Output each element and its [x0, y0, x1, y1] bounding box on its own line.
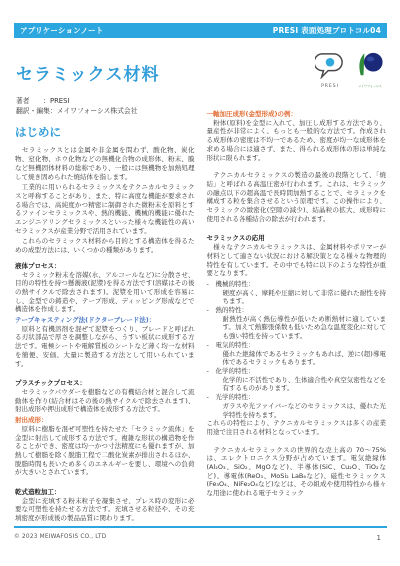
property-title: 熱的特性：	[216, 306, 387, 315]
spacer	[15, 479, 195, 486]
property-item-optical: - 光学的特性： ガラスや光ファイバーなどのセラミックスは、優れた光学特性を持ち…	[207, 393, 387, 419]
page-title: セラミックス材料	[16, 60, 160, 85]
paragraph: 原料と有機溶剤を混ぜて泥漿をつくり、ブレードと呼ばれる刃状部品で厚さを調整しなが…	[15, 325, 195, 369]
paragraph: セラミックスとは金属や非金属を問わず、酸化物、炭化物、窒化物、ホウ化物などの無機…	[15, 146, 195, 181]
property-body: 耐熱性が高く熱伝導性が低いため断熱材に適しています。加えて熱膨張係数も低いため急…	[216, 315, 387, 341]
presi-logo-icon	[315, 52, 345, 83]
property-item-mechanical: - 機械的特性： 硬度が高く、摩耗や圧縮に対して非常に優れた耐性を持ちます。	[207, 280, 387, 306]
property-item-thermal: - 熱的特性： 耐熱性が高く熱伝導性が低いため断熱材に適しています。加えて熱膨張…	[207, 306, 387, 341]
paragraph: 工業的に用いられるセラミックスをテクニカルセラミックスと呼称することがあり、また…	[15, 183, 195, 235]
subheading-ceramics-applications: セラミックスの応用	[207, 234, 387, 243]
property-title: 電気的特性：	[216, 341, 387, 350]
header-doc-type-label: アプリケーションノート	[20, 25, 103, 36]
property-body: ガラスや光ファイバーなどのセラミックスは、優れた光学特性を持ちます。	[216, 402, 387, 419]
body-columns: はじめに セラミックスとは金属や非金属を問わず、酸化物、炭化物、窒化物、ホウ化物…	[15, 110, 386, 522]
property-title: 光学的特性：	[216, 393, 387, 402]
spacer	[207, 439, 387, 446]
author-line: 著者 ：PRESI	[16, 96, 138, 106]
list-dash: -	[207, 341, 216, 367]
spacer	[15, 370, 195, 377]
property-body: 硬度が高く、摩耗や圧縮に対して非常に優れた耐性を持ちます。	[216, 289, 387, 306]
section-heading-introduction: はじめに	[15, 125, 195, 140]
footer-copyright: © 2023 MEIWAFOSIS CO., LTD	[14, 534, 106, 540]
property-item-electrical: - 電気的特性： 優れた絶縁体であるセラミックもあれば、逆に(超)導電体であるセ…	[207, 341, 387, 367]
paragraph: これらのセラミックス材料から目的とする構造体を得るための成型方法には、いくつかの…	[15, 237, 195, 254]
paragraph: セラミック粉末を溶媒(水、アルコールなど)に分散させ、目的の特性を持つ懸濁液(泥…	[15, 271, 195, 315]
subheading-tape-casting: テープキャスティング法(ドクターブレード法)：	[15, 316, 195, 325]
property-title: 化学的特性：	[216, 367, 387, 376]
list-dash: -	[207, 280, 216, 306]
property-body: 化学的に不活性であり、生体適合性や真空気密性などを有するものがあります。	[216, 376, 387, 393]
title-row: セラミックス材料 PRESI	[16, 52, 387, 89]
list-dash: -	[207, 367, 216, 393]
presi-logo-label: PRESI	[321, 84, 339, 89]
subheading-uniaxial-pressing: 一軸加圧成形(金型形成)の例：	[207, 110, 387, 119]
subheading-liquid-process: 液体プロセス：	[15, 262, 195, 271]
footer: © 2023 MEIWAFOSIS CO., LTD 1	[14, 526, 387, 542]
paragraph: 粉体(原料)を金型に入れて、加圧し成形する方法であり、量産性が非常によく、もっと…	[207, 119, 387, 163]
list-dash: -	[207, 393, 216, 419]
subheading-plastic-process: プラスチックプロセス：	[15, 379, 195, 388]
subheading-injection-molding: 射出成形：	[15, 416, 195, 425]
property-item-chemical: - 化学的特性： 化学的に不活性であり、生体適合性や真空気密性などを有するものが…	[207, 367, 387, 393]
meiwafosis-logo: メイワフォーシス	[353, 52, 387, 88]
header-bar: アプリケーションノート PRESI 表面処理プロトコル04	[14, 23, 387, 38]
page-number: 1	[377, 534, 381, 542]
left-column: はじめに セラミックスとは金属や非金属を問わず、酸化物、炭化物、窒化物、ホウ化物…	[15, 110, 195, 522]
document-page: アプリケーションノート PRESI 表面処理プロトコル04 セラミックス材料 P…	[0, 0, 400, 566]
paragraph: これらの特性により、テクニカルセラミックスは多くの産業用途で注目される材料となっ…	[207, 419, 387, 436]
spacer	[207, 225, 387, 232]
header-protocol-label: PRESI 表面処理プロトコル04	[273, 25, 381, 36]
property-body: 優れた絶縁体であるセラミックもあれば、逆に(超)導電体であるセラミックもあります…	[216, 350, 387, 367]
property-title: 機械的特性：	[216, 280, 387, 289]
meiwafosis-logo-label: メイワフォーシス	[358, 84, 382, 88]
presi-logo: PRESI	[313, 52, 347, 89]
logo-row: PRESI メイワフォーシス	[313, 52, 387, 89]
paragraph: テクニカルセラミックスの製造の最後の段階として、「焼結」と呼ばれる高温圧密が行わ…	[207, 171, 387, 223]
list-dash: -	[207, 306, 216, 341]
paragraph: 金型に充填する粉末粒子を凝集させ、プレス時の変形に必要な可塑性を持たせる方法です…	[15, 497, 195, 522]
right-column: 一軸加圧成形(金型形成)の例： 粉体(原料)を金型に入れて、加圧し成形する方法で…	[207, 110, 387, 522]
subheading-dry-granulation: 乾式造粒加工：	[15, 488, 195, 497]
paragraph: 原料に樹脂を混ぜ可塑性を持たせた「セラミック流体」を金型に射出して成形する方法で…	[15, 425, 195, 477]
paragraph: テクニカルセラミックスの世界的な売上高の 70～75% は、エレクトロニクス分野…	[207, 446, 387, 498]
paragraph: 様々なテクニカルセラミックスは、金属材料やポリマーが材料として適さない状況におけ…	[207, 243, 387, 278]
paragraph: セラミックパウダーを樹脂などの有機結合材と混合して流動体を作り(結合材はその後の…	[15, 388, 195, 414]
meiwafosis-logo-icon	[356, 52, 384, 83]
